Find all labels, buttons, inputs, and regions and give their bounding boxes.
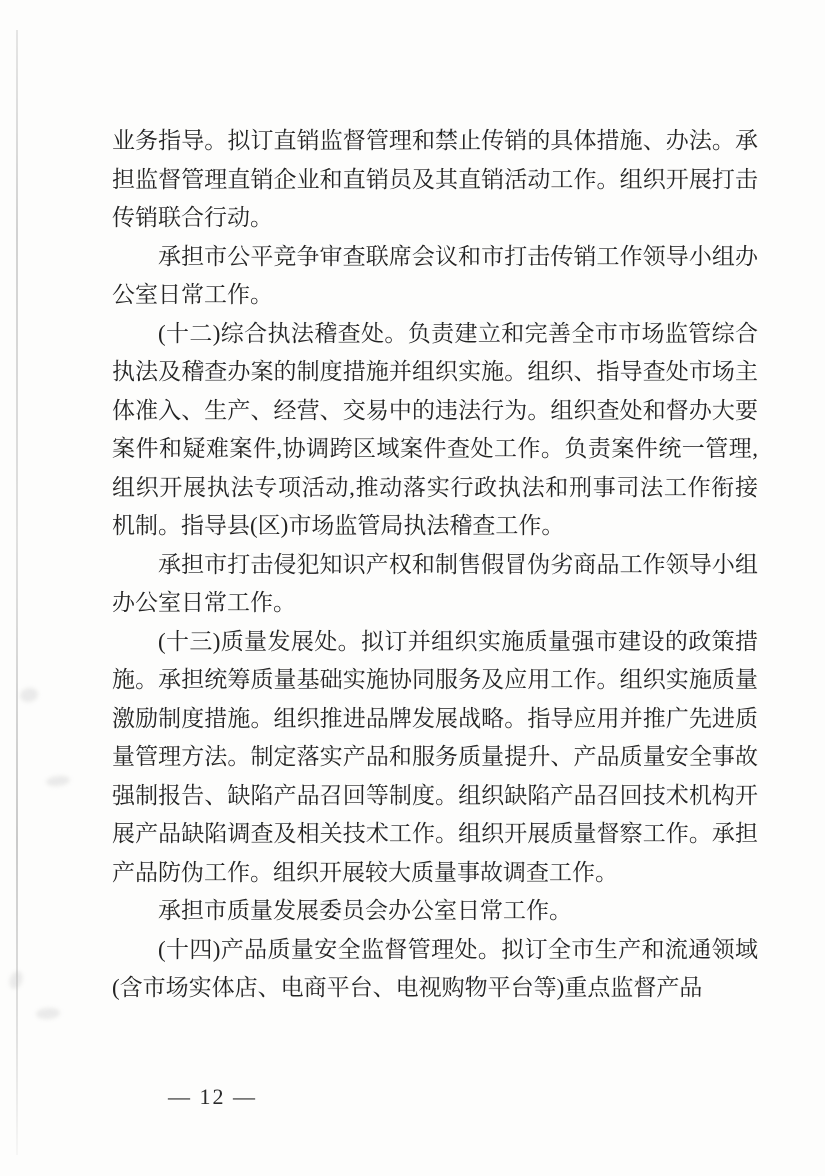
scan-smudge (46, 775, 71, 787)
paragraph: (十二)综合执法稽查处。负责建立和完善全市市场监管综合执法及稽查办案的制度措施并… (112, 315, 758, 546)
paragraph: 承担市公平竞争审查联席会议和市打击传销工作领导小组办公室日常工作。 (112, 238, 758, 315)
page-number: — 12 — (168, 1084, 257, 1109)
scan-smudge (36, 1007, 61, 1020)
document-body: 业务指导。拟订直销监督管理和禁止传销的具体措施、办法。承担监督管理直销企业和直销… (112, 122, 758, 1008)
page-footer: — 12 — (138, 1052, 257, 1142)
scan-smudge (19, 686, 40, 703)
scan-smudge (7, 969, 24, 990)
paragraph: 承担市打击侵犯知识产权和制售假冒伪劣商品工作领导小组办公室日常工作。 (112, 546, 758, 623)
paragraph: 业务指导。拟订直销监督管理和禁止传销的具体措施、办法。承担监督管理直销企业和直销… (112, 122, 758, 238)
scanned-document-page: 业务指导。拟订直销监督管理和禁止传销的具体措施、办法。承担监督管理直销企业和直销… (0, 0, 825, 1176)
paragraph: (十三)质量发展处。拟订并组织实施质量强市建设的政策措施。承担统筹质量基础实施协… (112, 623, 758, 893)
paragraph: 承担市质量发展委员会办公室日常工作。 (112, 892, 758, 931)
paragraph: (十四)产品质量安全监督管理处。拟订全市生产和流通领域(含市场实体店、电商平台、… (112, 931, 758, 1008)
